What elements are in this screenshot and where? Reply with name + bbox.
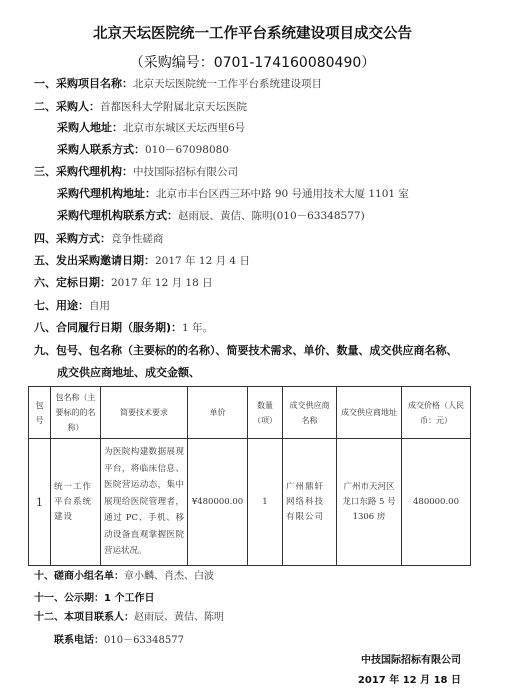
table-row: 1 统一工作平台系统建设 为医院构建数据展现平台，将临床信息、医院营运动态，集中… [29,439,471,566]
section-package-info-line2: 成交供应商地址、成交金额、 [57,366,200,380]
section-award-date: 六、定标日期：2017 年 12 月 18 日 [34,276,213,290]
section-label: 十二、本项目联系人： [34,612,134,623]
signature-date: 2017 年 12 月 18 日 [358,671,461,686]
header-award-amount: 成交价格（人民币：元） [402,387,471,439]
signature-company: 中技国际招标有限公司 [361,651,461,666]
announcement-title: 北京天坛医院统一工作平台系统建设项目成交公告 [0,22,505,43]
section-label: 十一、公示期： [34,593,104,604]
section-value: 1 个工作日 [104,593,154,604]
section-project-name: 一、采购项目名称：北京天坛医院统一工作平台系统建设项目 [34,77,322,91]
header-package-name: 包名称（主要标的的名称） [51,387,101,439]
section-panel-members: 十、磋商小组名单：章小麟、肖杰、白波 [34,569,214,584]
section-package-info-line1: 九、包号、包名称（主要标的的名称）、简要技术需求、单价、数量、成交供应商名称、 [34,344,458,358]
section-value: 1 年。 [182,322,213,334]
section-value: 010－63348577 [104,635,184,646]
section-method: 四、采购方式：竞争性磋商 [34,232,164,246]
cell-unit-price: ¥480000.00 [188,439,248,566]
procurement-code: （采购编号：0701-174160080490） [0,52,505,72]
cell-award-amount: 480000.00 [402,439,471,566]
section-label: 一、采购项目名称： [34,77,133,90]
section-value: 2017 年 12 月 4 日 [155,255,250,267]
section-label: 六、定标日期： [34,276,111,289]
section-value: 010－67098080 [145,144,229,156]
section-value: 2017 年 12 月 18 日 [111,277,213,289]
section-label: 二、采购人： [34,100,100,113]
section-value: 北京市东城区天坛西里6号 [123,122,245,134]
section-agency: 三、采购代理机构：中技国际招标有限公司 [34,165,238,179]
section-value: 竞争性磋商 [111,233,164,245]
table-header-row: 包号 包名称（主要标的的名称） 简要技术要求 单价 数量（项） 成交供应商名称 … [29,387,471,439]
section-label: 十、磋商小组名单： [34,571,124,582]
section-purchaser: 二、采购人：首都医科大学附属北京天坛医院 [34,100,247,114]
section-label: 三、采购代理机构： [34,165,133,178]
section-label: 四、采购方式： [34,232,111,245]
agency-contact: 采购代理机构联系方式：赵雨辰、黄佶、陈明(010－63348577) [57,209,365,223]
section-label: 八、合同履行日期（服务期)： [34,321,182,334]
section-contract-period: 八、合同履行日期（服务期)：1 年。 [34,321,213,335]
cell-supplier-address: 广州市天河区龙口东路 5 号 1306 房 [337,439,402,566]
section-invitation-date: 五、发出采购邀请日期：2017 年 12 月 4 日 [34,254,250,268]
cell-tech-requirements: 为医院构建数据展现平台，将临床信息、医院营运动态，集中展现给医院管理者，通过 P… [101,439,188,566]
header-package-no: 包号 [29,387,51,439]
section-project-contacts: 十二、本项目联系人：赵雨辰、黄佶、陈明 [34,610,224,625]
header-supplier-name: 成交供应商名称 [283,387,337,439]
section-label: 七、用途： [34,299,89,312]
purchaser-contact: 采购人联系方式：010－67098080 [57,143,229,157]
section-publicity-period: 十一、公示期：1 个工作日 [34,591,154,606]
header-tech-requirements: 简要技术要求 [101,387,188,439]
section-label: 五、发出采购邀请日期： [34,254,155,267]
cell-package-name: 统一工作平台系统建设 [51,439,101,566]
section-label: 采购代理机构地址： [57,187,156,200]
section-label: 采购代理机构联系方式： [57,209,178,222]
section-value: 首都医科大学附属北京天坛医院 [100,101,247,113]
purchaser-address: 采购人地址：北京市东城区天坛西里6号 [57,121,245,135]
section-label: 采购人地址： [57,121,123,134]
header-supplier-address: 成交供应商地址 [337,387,402,439]
section-value: 赵雨辰、黄佶、陈明 [134,612,224,623]
section-value: 自用 [89,300,110,312]
section-usage: 七、用途：自用 [34,299,110,313]
section-value: 北京市丰台区西三环中路 90 号通用技术大厦 1101 室 [156,188,409,200]
cell-package-no: 1 [29,439,51,566]
award-table: 包号 包名称（主要标的的名称） 简要技术要求 单价 数量（项） 成交供应商名称 … [28,386,471,566]
cell-quantity: 1 [248,439,283,566]
section-value: 赵雨辰、黄佶、陈明(010－63348577) [178,210,365,222]
section-value: 章小麟、肖杰、白波 [124,571,214,582]
section-value: 北京天坛医院统一工作平台系统建设项目 [133,78,322,90]
header-quantity: 数量（项） [248,387,283,439]
cell-supplier-name: 广州鼎轩网络科技有限公司 [283,439,337,566]
contact-phone: 联系电话：010－63348577 [54,633,184,648]
agency-address: 采购代理机构地址：北京市丰台区西三环中路 90 号通用技术大厦 1101 室 [57,187,409,201]
section-label: 联系电话： [54,635,104,646]
header-unit-price: 单价 [188,387,248,439]
section-label: 采购人联系方式： [57,143,145,156]
section-value: 中技国际招标有限公司 [133,166,238,178]
